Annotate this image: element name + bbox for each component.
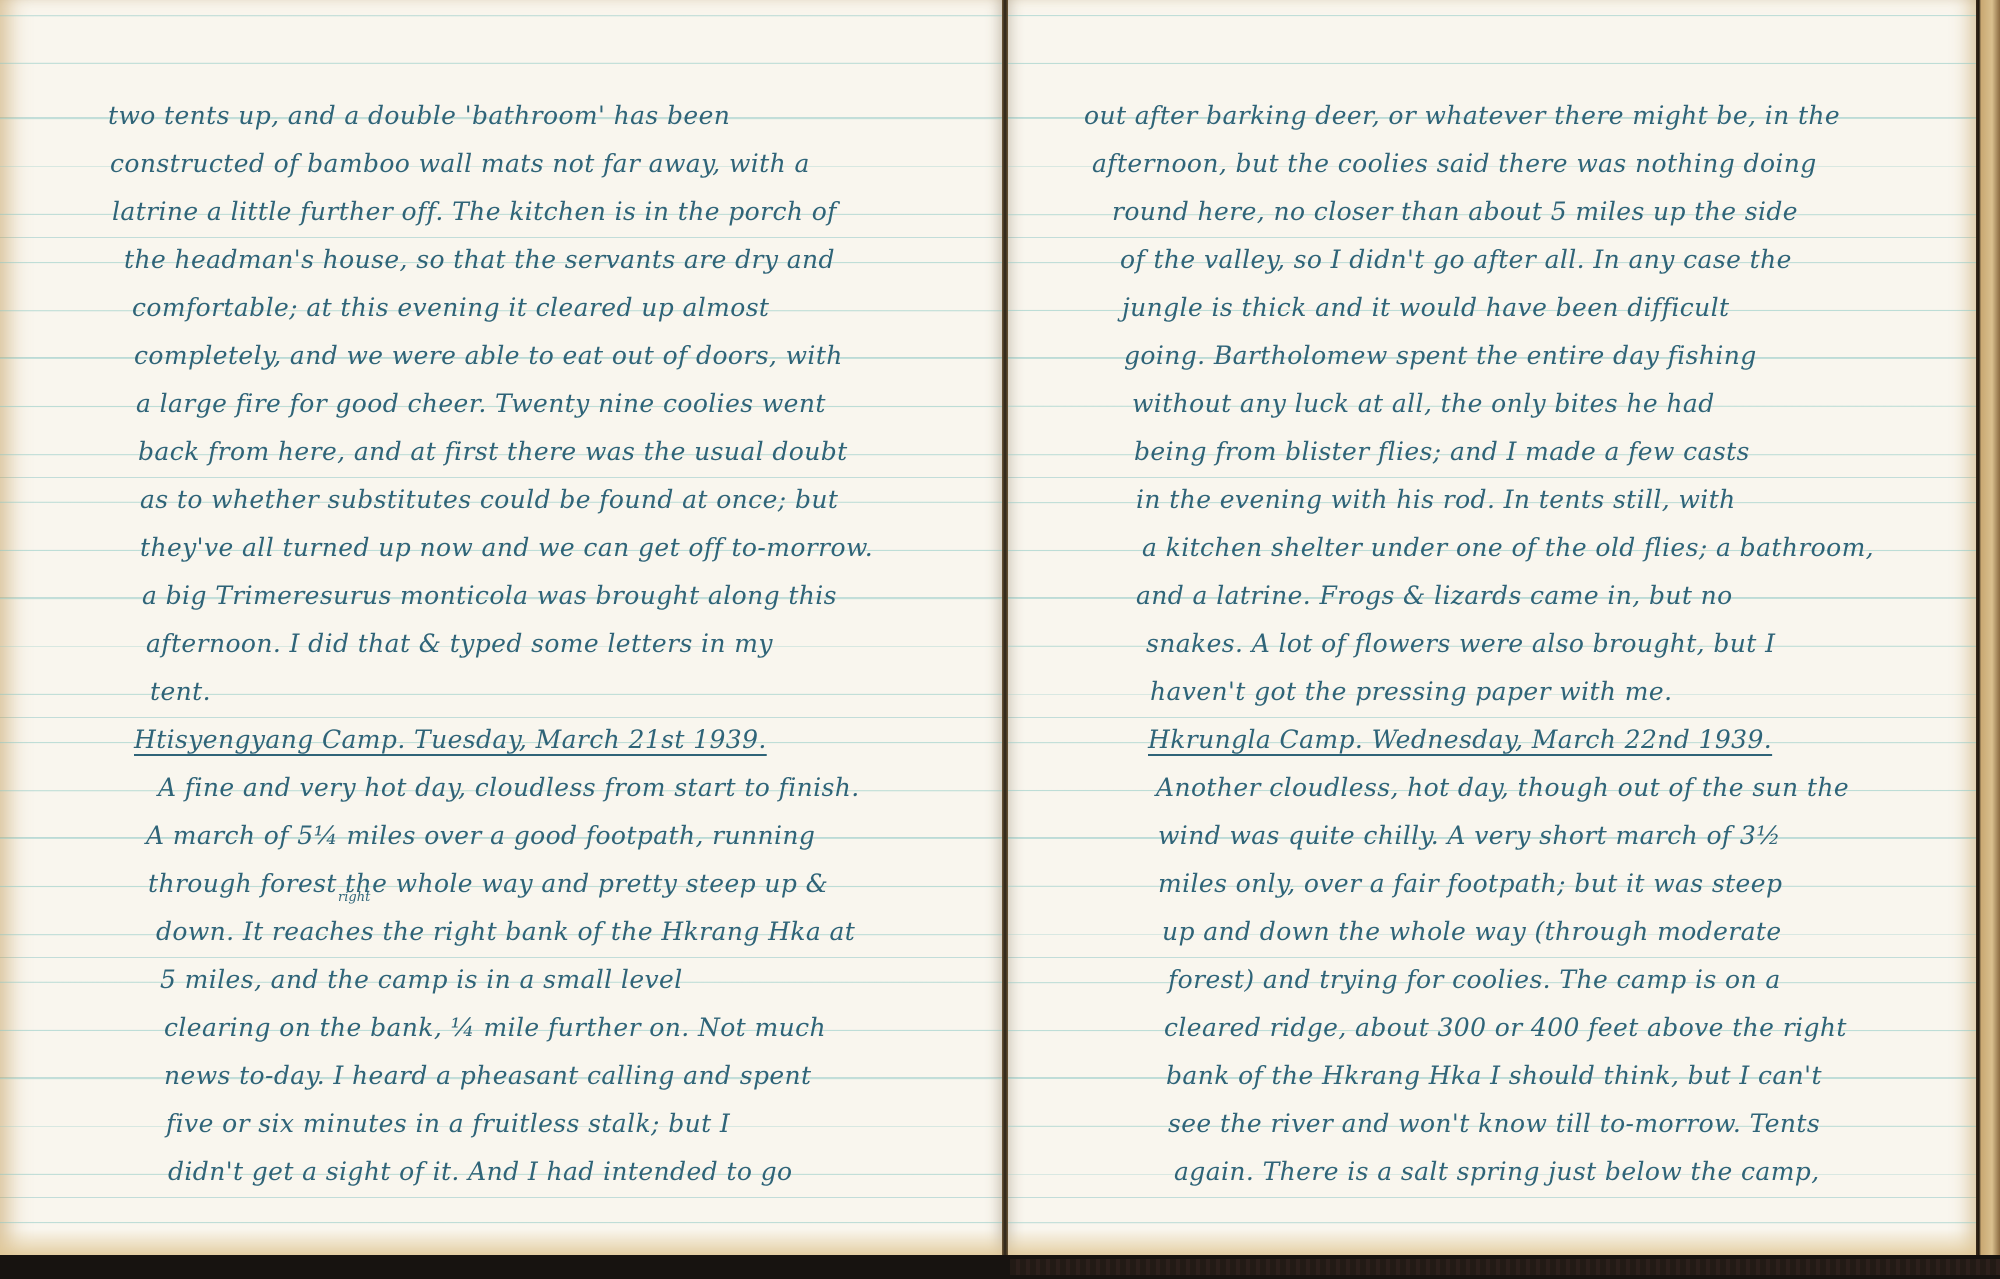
- text-line: constructed of bamboo wall mats not far …: [110, 140, 810, 188]
- text-line: a large fire for good cheer. Twenty nine…: [136, 380, 826, 428]
- right-page: out after barking deer, or whatever ther…: [1008, 0, 1976, 1255]
- text-line: tent.: [150, 668, 211, 716]
- text-line: bank of the Hkrang Hka I should think, b…: [1166, 1052, 1822, 1100]
- text-line: back from here, and at first there was t…: [138, 428, 848, 476]
- text-line: two tents up, and a double 'bathroom' ha…: [108, 92, 730, 140]
- text-line: completely, and we were able to eat out …: [134, 332, 843, 380]
- text-line: they've all turned up now and we can get…: [140, 524, 873, 572]
- text-line: going. Bartholomew spent the entire day …: [1124, 332, 1757, 380]
- text-line: and a latrine. Frogs & lizards came in, …: [1136, 572, 1733, 620]
- text-line: A march of 5¼ miles over a good footpath…: [146, 812, 815, 860]
- entry-heading: Hkrungla Camp. Wednesday, March 22nd 193…: [1148, 716, 1772, 764]
- text-line: a big Trimeresurus monticola was brought…: [142, 572, 837, 620]
- text-line: round here, no closer than about 5 miles…: [1112, 188, 1798, 236]
- text-line: again. There is a salt spring just below…: [1174, 1148, 1820, 1196]
- text-line: wind was quite chilly. A very short marc…: [1158, 812, 1781, 860]
- text-line: out after barking deer, or whatever ther…: [1084, 92, 1840, 140]
- insertion-mark: right: [338, 890, 370, 905]
- text-line: afternoon, but the coolies said there wa…: [1092, 140, 1817, 188]
- text-line: miles only, over a fair footpath; but it…: [1158, 860, 1782, 908]
- text-line: comfortable; at this evening it cleared …: [132, 284, 769, 332]
- text-line: forest) and trying for coolies. The camp…: [1168, 956, 1781, 1004]
- text-line: afternoon. I did that & typed some lette…: [146, 620, 773, 668]
- text-line: Another cloudless, hot day, though out o…: [1156, 764, 1849, 812]
- text-line: haven't got the pressing paper with me.: [1150, 668, 1672, 716]
- text-line: A fine and very hot day, cloudless from …: [158, 764, 860, 812]
- cover-texture: [1010, 1259, 2000, 1275]
- text-line: being from blister flies; and I made a f…: [1134, 428, 1750, 476]
- text-line: cleared ridge, about 300 or 400 feet abo…: [1164, 1004, 1847, 1052]
- notebook-edge: [1976, 0, 2000, 1255]
- page-edge-stain: [0, 1229, 1002, 1255]
- text-line: down. It reaches the right bank of the H…: [156, 908, 855, 956]
- text-line: 5 miles, and the camp is in a small leve…: [160, 956, 683, 1004]
- notebook-cover: [0, 1255, 2000, 1279]
- text-line: a kitchen shelter under one of the old f…: [1142, 524, 1874, 572]
- text-line: didn't get a sight of it. And I had inte…: [168, 1148, 793, 1196]
- text-line: news to-day. I heard a pheasant calling …: [164, 1052, 812, 1100]
- text-line: of the valley, so I didn't go after all.…: [1120, 236, 1792, 284]
- text-line: see the river and won't know till to-mor…: [1168, 1100, 1820, 1148]
- entry-heading: Htisyengyang Camp. Tuesday, March 21st 1…: [134, 716, 767, 764]
- text-line: as to whether substitutes could be found…: [140, 476, 838, 524]
- page-edge-stain: [1008, 1229, 1976, 1255]
- text-line: the headman's house, so that the servant…: [124, 236, 835, 284]
- text-line: snakes. A lot of flowers were also broug…: [1146, 620, 1775, 668]
- notebook-spread: two tents up, and a double 'bathroom' ha…: [0, 0, 2000, 1255]
- text-line: up and down the whole way (through moder…: [1162, 908, 1782, 956]
- text-line: through forest the whole way and pretty …: [148, 860, 828, 908]
- text-line: clearing on the bank, ¼ mile further on.…: [164, 1004, 826, 1052]
- text-line: jungle is thick and it would have been d…: [1122, 284, 1730, 332]
- text-line: latrine a little further off. The kitche…: [112, 188, 837, 236]
- text-line: in the evening with his rod. In tents st…: [1136, 476, 1736, 524]
- text-line: without any luck at all, the only bites …: [1132, 380, 1715, 428]
- text-line: five or six minutes in a fruitless stalk…: [166, 1100, 730, 1148]
- left-page: two tents up, and a double 'bathroom' ha…: [0, 0, 1002, 1255]
